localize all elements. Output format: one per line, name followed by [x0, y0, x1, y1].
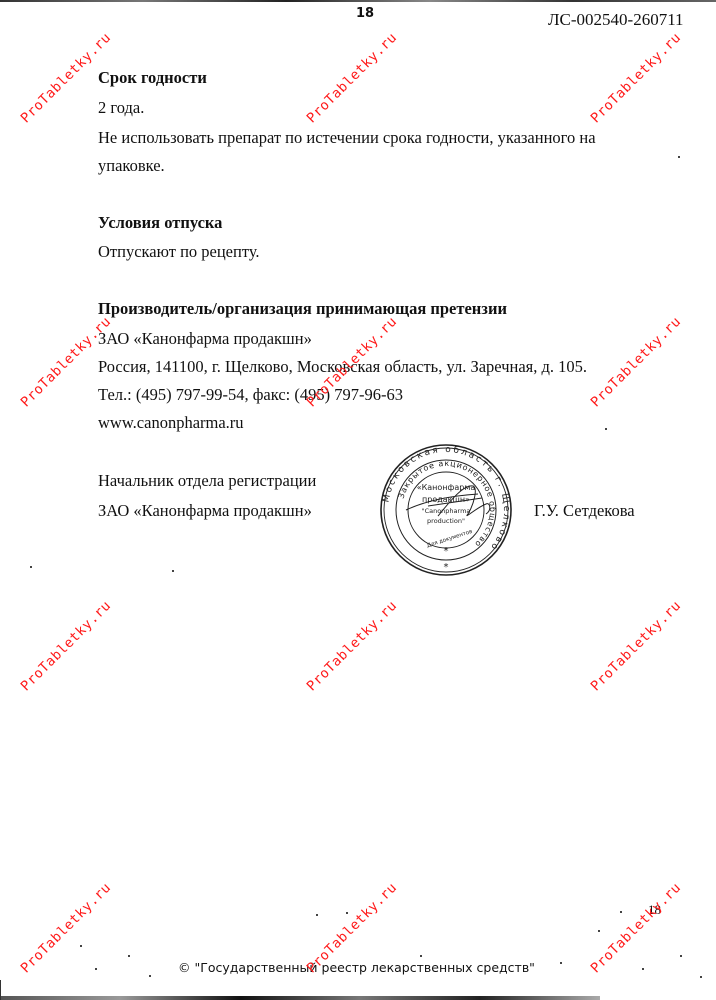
shelf-life-heading: Срок годности: [98, 68, 207, 88]
scan-speck: [605, 428, 607, 430]
scan-speck: [678, 156, 680, 158]
watermark: ProTabletky.ru: [18, 598, 115, 695]
scan-speck: [642, 968, 644, 970]
page-number: 18: [356, 6, 374, 21]
scan-speck: [149, 975, 151, 977]
stamp-inner-en1: "Canonpharma: [422, 507, 471, 515]
manufacturer-heading: Производитель/организация принимающая пр…: [98, 299, 507, 319]
scan-speck: [172, 570, 174, 572]
manufacturer-website: www.canonpharma.ru: [98, 413, 244, 433]
svg-text:*: *: [444, 546, 449, 557]
svg-text:*: *: [444, 562, 449, 573]
signer-position: Начальник отдела регистрации: [98, 471, 316, 491]
scan-speck: [420, 955, 422, 957]
scan-speck: [346, 912, 348, 914]
scan-speck: [700, 976, 702, 978]
scan-speck: [680, 955, 682, 957]
watermark: ProTabletky.ru: [588, 598, 685, 695]
watermark: ProTabletky.ru: [304, 30, 401, 127]
scan-bottom-edge: [0, 996, 600, 1000]
dispensing-heading: Условия отпуска: [98, 213, 222, 233]
scan-speck: [80, 945, 82, 947]
scan-speck: [560, 962, 562, 964]
copyright-footer: © "Государственный реестр лекарственных …: [178, 960, 535, 975]
shelf-life-note-line2: упаковке.: [98, 156, 165, 176]
stamp-inner-bottom: Для документов: [426, 529, 473, 549]
company-stamp: Московская область г. Щелково Закрытое а…: [378, 444, 514, 576]
manufacturer-company: ЗАО «Канонфарма продакшн»: [98, 329, 312, 349]
scan-speck: [30, 566, 32, 568]
scan-speck: [620, 911, 622, 913]
watermark: ProTabletky.ru: [18, 880, 115, 977]
document-code: ЛС-002540-260711: [548, 10, 684, 30]
dispensing-value: Отпускают по рецепту.: [98, 242, 260, 262]
signer-company: ЗАО «Канонфарма продакшн»: [98, 501, 312, 521]
stamp-inner-mid: продакшн»: [422, 495, 470, 504]
manufacturer-contacts: Тел.: (495) 797-99-54, факс: (495) 797-9…: [98, 385, 403, 405]
watermark: ProTabletky.ru: [588, 30, 685, 127]
scan-speck: [95, 968, 97, 970]
scan-speck: [316, 914, 318, 916]
scan-speck: [598, 930, 600, 932]
watermark: ProTabletky.ru: [588, 314, 685, 411]
watermark: ProTabletky.ru: [588, 880, 685, 977]
scan-top-edge: [0, 0, 716, 2]
scan-speck: [128, 955, 130, 957]
shelf-life-note-line1: Не использовать препарат по истечении ср…: [98, 128, 596, 148]
watermark: ProTabletky.ru: [304, 598, 401, 695]
stamp-inner-en2: production": [427, 517, 465, 525]
shelf-life-value: 2 года.: [98, 98, 144, 118]
scan-left-edge: [0, 980, 1, 1000]
signer-name: Г.У. Сетдекова: [534, 501, 635, 521]
